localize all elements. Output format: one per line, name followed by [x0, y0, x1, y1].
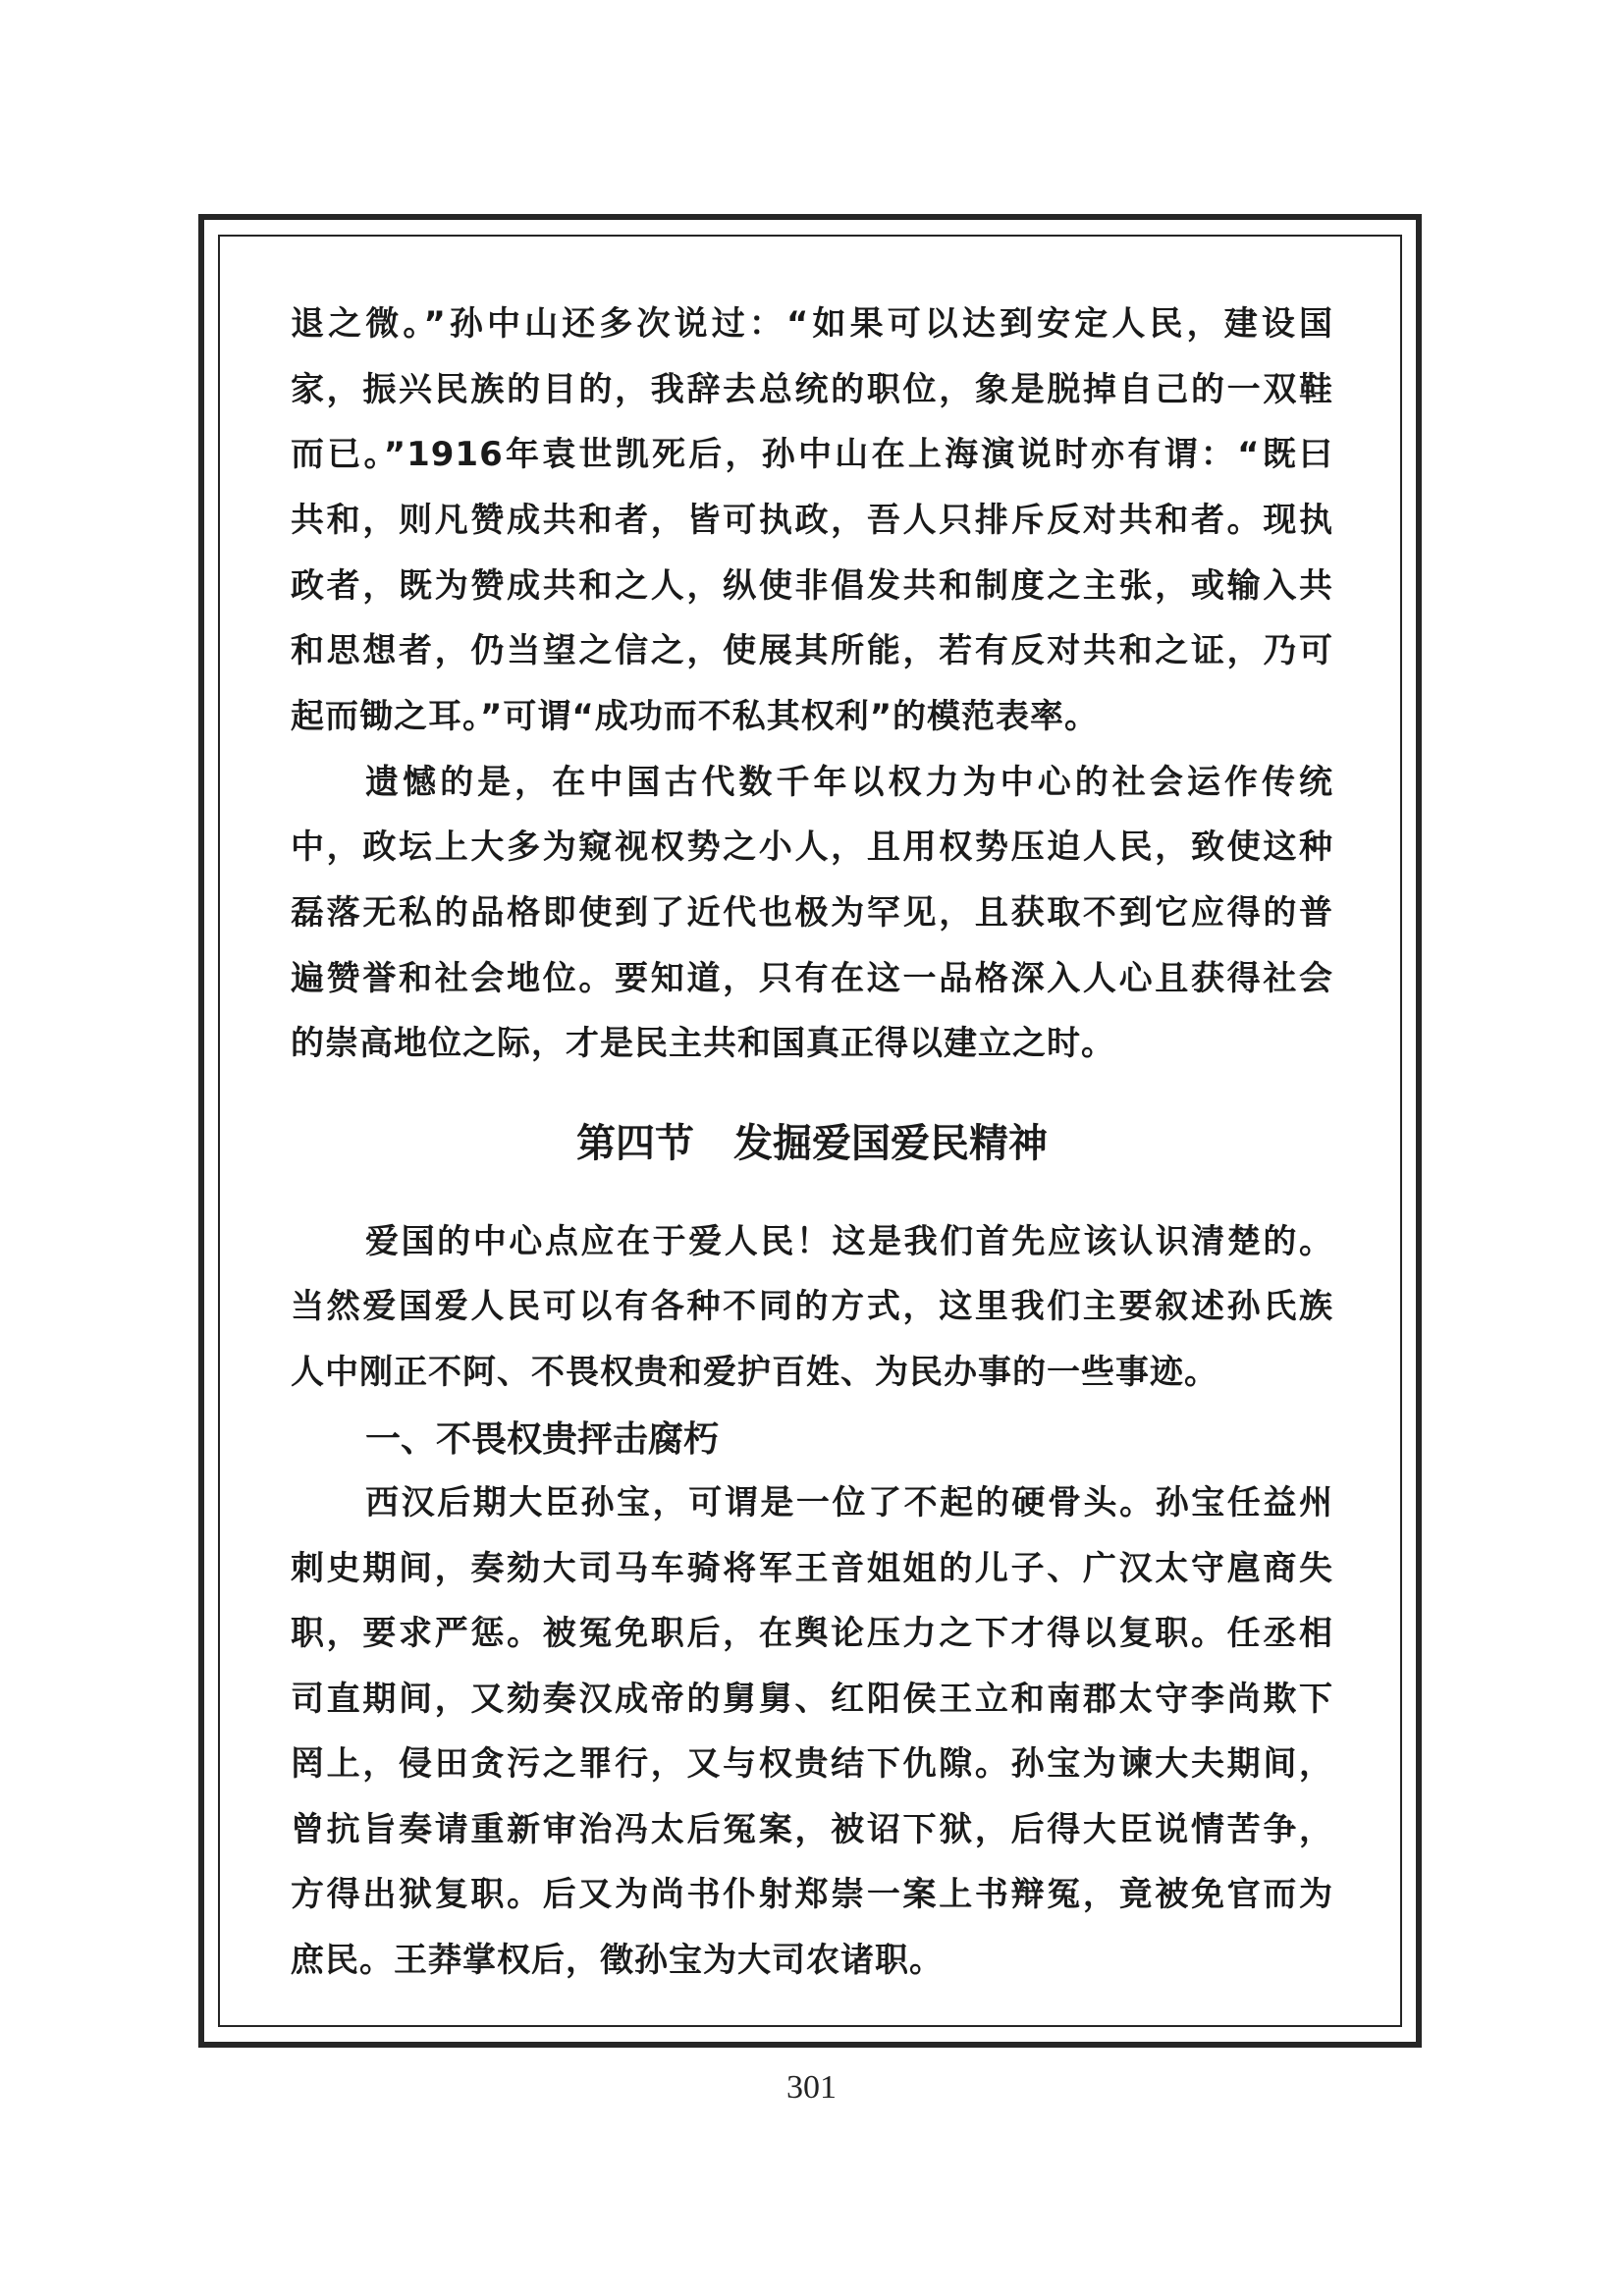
- text-line: 家，振兴民族的目的，我辞去总统的职位，象是脱掉自己的一双鞋: [291, 370, 1333, 409]
- section-heading: 第四节 发掘爱国爱民精神: [291, 1119, 1333, 1168]
- page-number: 301: [0, 2069, 1623, 2107]
- text-line: 共和，则凡赞成共和者，皆可执政，吾人只排斥反对共和者。现执: [291, 501, 1333, 540]
- text-line: 庶民。王莽掌权后，徵孙宝为大司农诸职。: [291, 1941, 1333, 1980]
- text-line: 方得出狱复职。后又为尚书仆射郑崇一案上书辩冤，竟被免官而为: [291, 1875, 1333, 1914]
- text-line: 遗憾的是，在中国古代数千年以权力为中心的社会运作传统: [365, 763, 1333, 802]
- subsection-heading: 一、不畏权贵抨击腐朽: [365, 1418, 719, 1460]
- text-line: 刺史期间，奏劾大司马车骑将军王音姐姐的儿子、广汉太守扈商失: [291, 1549, 1333, 1588]
- text-line: 政者，既为赞成共和之人，纵使非倡发共和制度之主张，或输入共: [291, 566, 1333, 606]
- text-line: 中，政坛上大多为窥视权势之小人，且用权势压迫人民，致使这种: [291, 828, 1333, 867]
- text-line: 曾抗旨奏请重新审治冯太后冤案，被诏下狱，后得大臣说情苦争，: [291, 1810, 1333, 1849]
- text-line: 爱国的中心点应在于爱人民！这是我们首先应该认识清楚的。: [365, 1222, 1333, 1261]
- text-line: 而已。”1916年袁世凯死后，孙中山在上海演说时亦有谓：“既曰: [291, 435, 1333, 474]
- text-line: 和思想者，仍当望之信之，使展其所能，若有反对共和之证，乃可: [291, 631, 1333, 670]
- text-line: 职，要求严惩。被冤免职后，在舆论压力之下才得以复职。任丞相: [291, 1614, 1333, 1653]
- text-line: 西汉后期大臣孙宝，可谓是一位了不起的硬骨头。孙宝任益州: [365, 1483, 1333, 1522]
- text-line: 罔上，侵田贪污之罪行，又与权贵结下仇隙。孙宝为谏大夫期间，: [291, 1744, 1333, 1784]
- text-line: 的崇高地位之际，才是民主共和国真正得以建立之时。: [291, 1024, 1333, 1063]
- text-line: 人中刚正不阿、不畏权贵和爱护百姓、为民办事的一些事迹。: [291, 1353, 1333, 1392]
- text-line: 遍赞誉和社会地位。要知道，只有在这一品格深入人心且获得社会: [291, 959, 1333, 998]
- text-line: 司直期间，又劾奏汉成帝的舅舅、红阳侯王立和南郡太守李尚欺下: [291, 1680, 1333, 1719]
- text-line: 磊落无私的品格即使到了近代也极为罕见，且获取不到它应得的普: [291, 893, 1333, 933]
- text-line: 当然爱国爱人民可以有各种不同的方式，这里我们主要叙述孙氏族: [291, 1287, 1333, 1326]
- text-line: 退之微。”孙中山还多次说过：“如果可以达到安定人民，建设国: [291, 304, 1333, 344]
- text-line: 起而锄之耳。”可谓“成功而不私其权利”的模范表率。: [291, 697, 1333, 736]
